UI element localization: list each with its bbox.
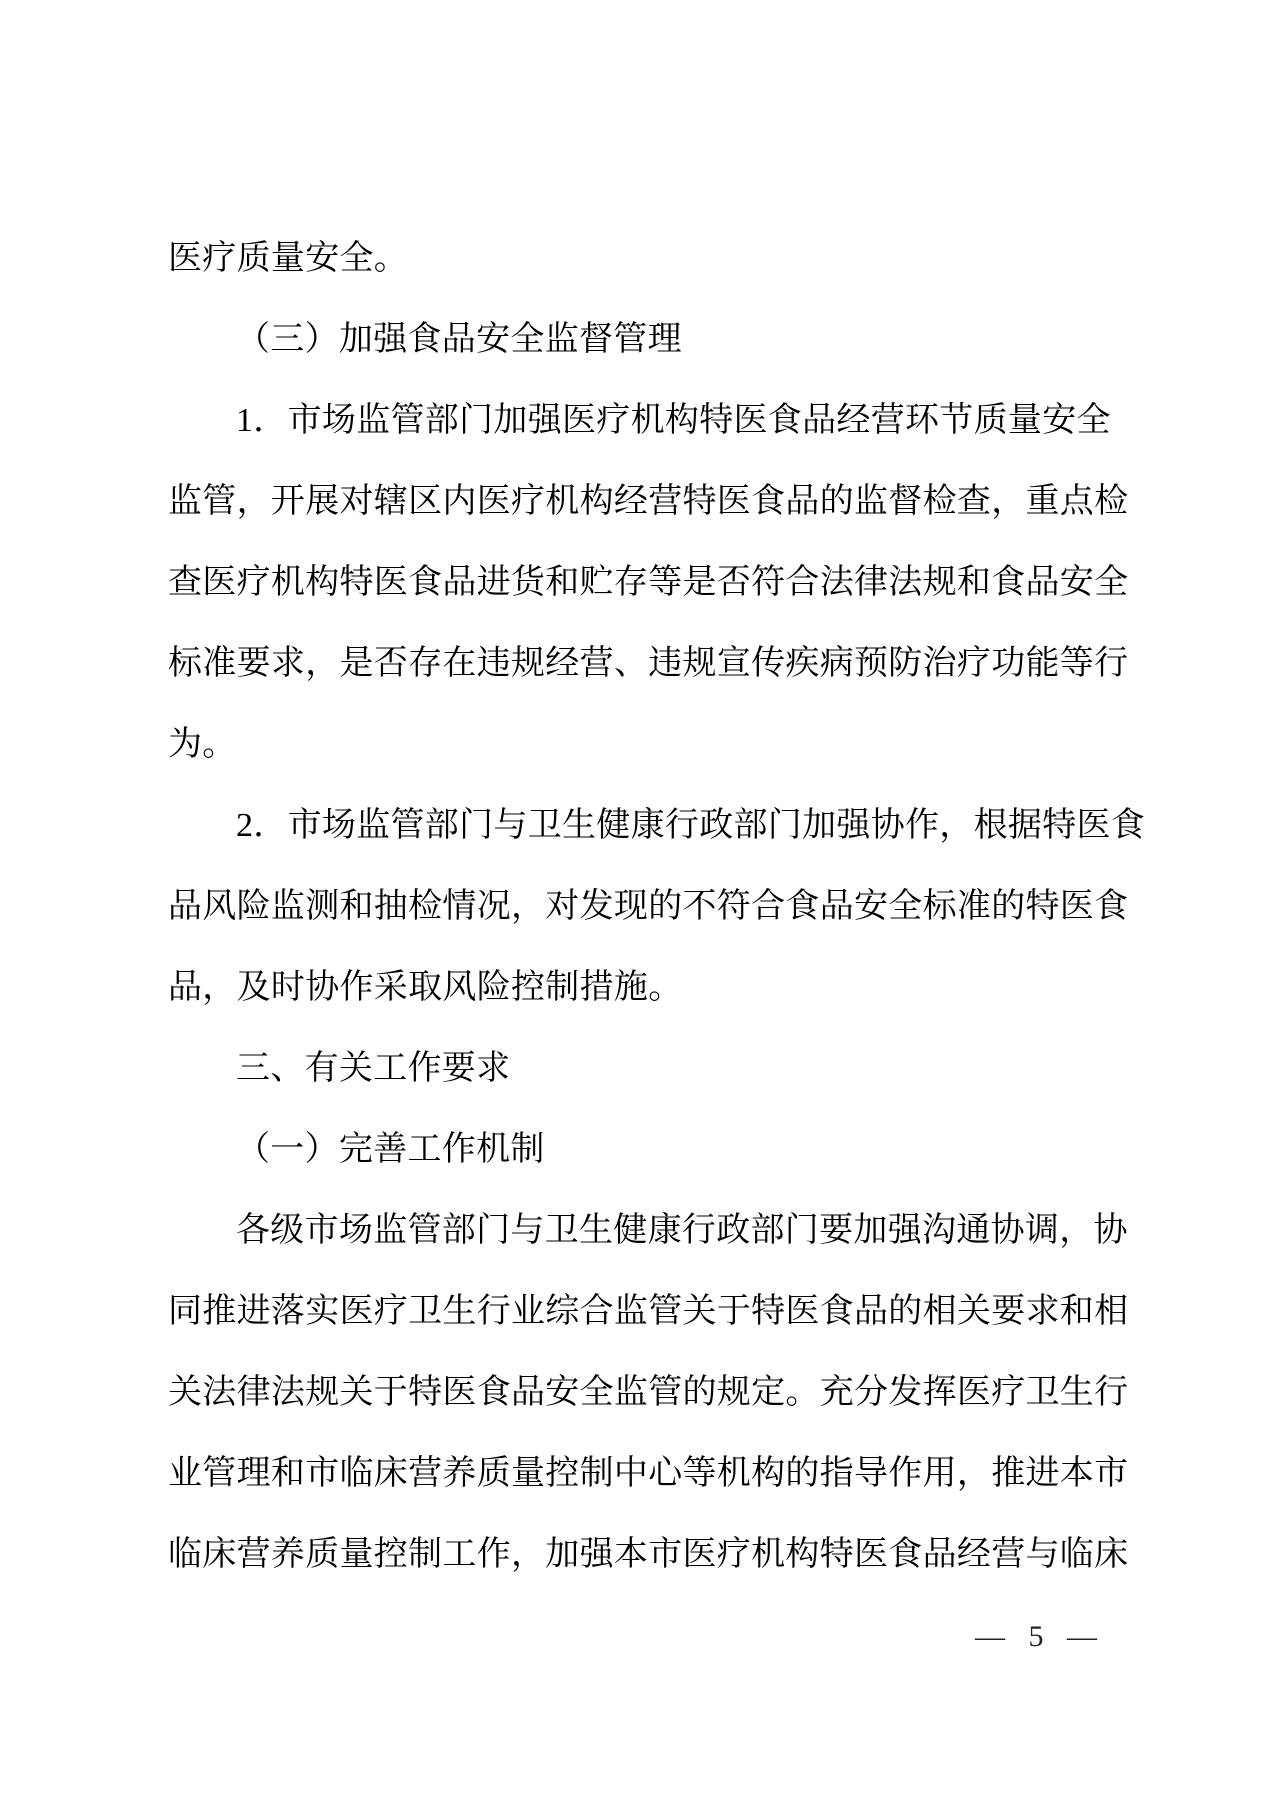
text-line: 标准要求，是否存在违规经营、违规宣传疾病预防治疗功能等行 <box>168 623 1126 704</box>
text-line: 监管，开展对辖区内医疗机构经营特医食品的监督检查，重点检 <box>168 461 1126 542</box>
section-heading: （三）加强食品安全监督管理 <box>168 299 1126 380</box>
text-line: 2．市场监管部门与卫生健康行政部门加强协作，根据特医食 <box>168 785 1126 866</box>
document-page: 医疗质量安全。 （三）加强食品安全监督管理 1．市场监管部门加强医疗机构特医食品… <box>0 0 1279 1809</box>
text-line: 品，及时协作采取风险控制措施。 <box>168 947 1126 1028</box>
text-line: 为。 <box>168 704 1126 785</box>
text-line: 医疗质量安全。 <box>168 218 1126 299</box>
text-line: 临床营养质量控制工作，加强本市医疗机构特医食品经营与临床 <box>168 1514 1126 1595</box>
page-number: — 5 — <box>975 1607 1105 1667</box>
document-body: 医疗质量安全。 （三）加强食品安全监督管理 1．市场监管部门加强医疗机构特医食品… <box>168 218 1126 1595</box>
text-line: 查医疗机构特医食品进货和贮存等是否符合法律法规和食品安全 <box>168 542 1126 623</box>
section-heading: （一）完善工作机制 <box>168 1109 1126 1190</box>
text-line: 1．市场监管部门加强医疗机构特医食品经营环节质量安全 <box>168 380 1126 461</box>
chapter-heading: 三、有关工作要求 <box>168 1028 1126 1109</box>
text-line: 品风险监测和抽检情况，对发现的不符合食品安全标准的特医食 <box>168 866 1126 947</box>
text-line: 关法律法规关于特医食品安全监管的规定。充分发挥医疗卫生行 <box>168 1352 1126 1433</box>
text-line: 业管理和市临床营养质量控制中心等机构的指导作用，推进本市 <box>168 1433 1126 1514</box>
text-line: 同推进落实医疗卫生行业综合监管关于特医食品的相关要求和相 <box>168 1271 1126 1352</box>
text-line: 各级市场监管部门与卫生健康行政部门要加强沟通协调，协 <box>168 1190 1126 1271</box>
